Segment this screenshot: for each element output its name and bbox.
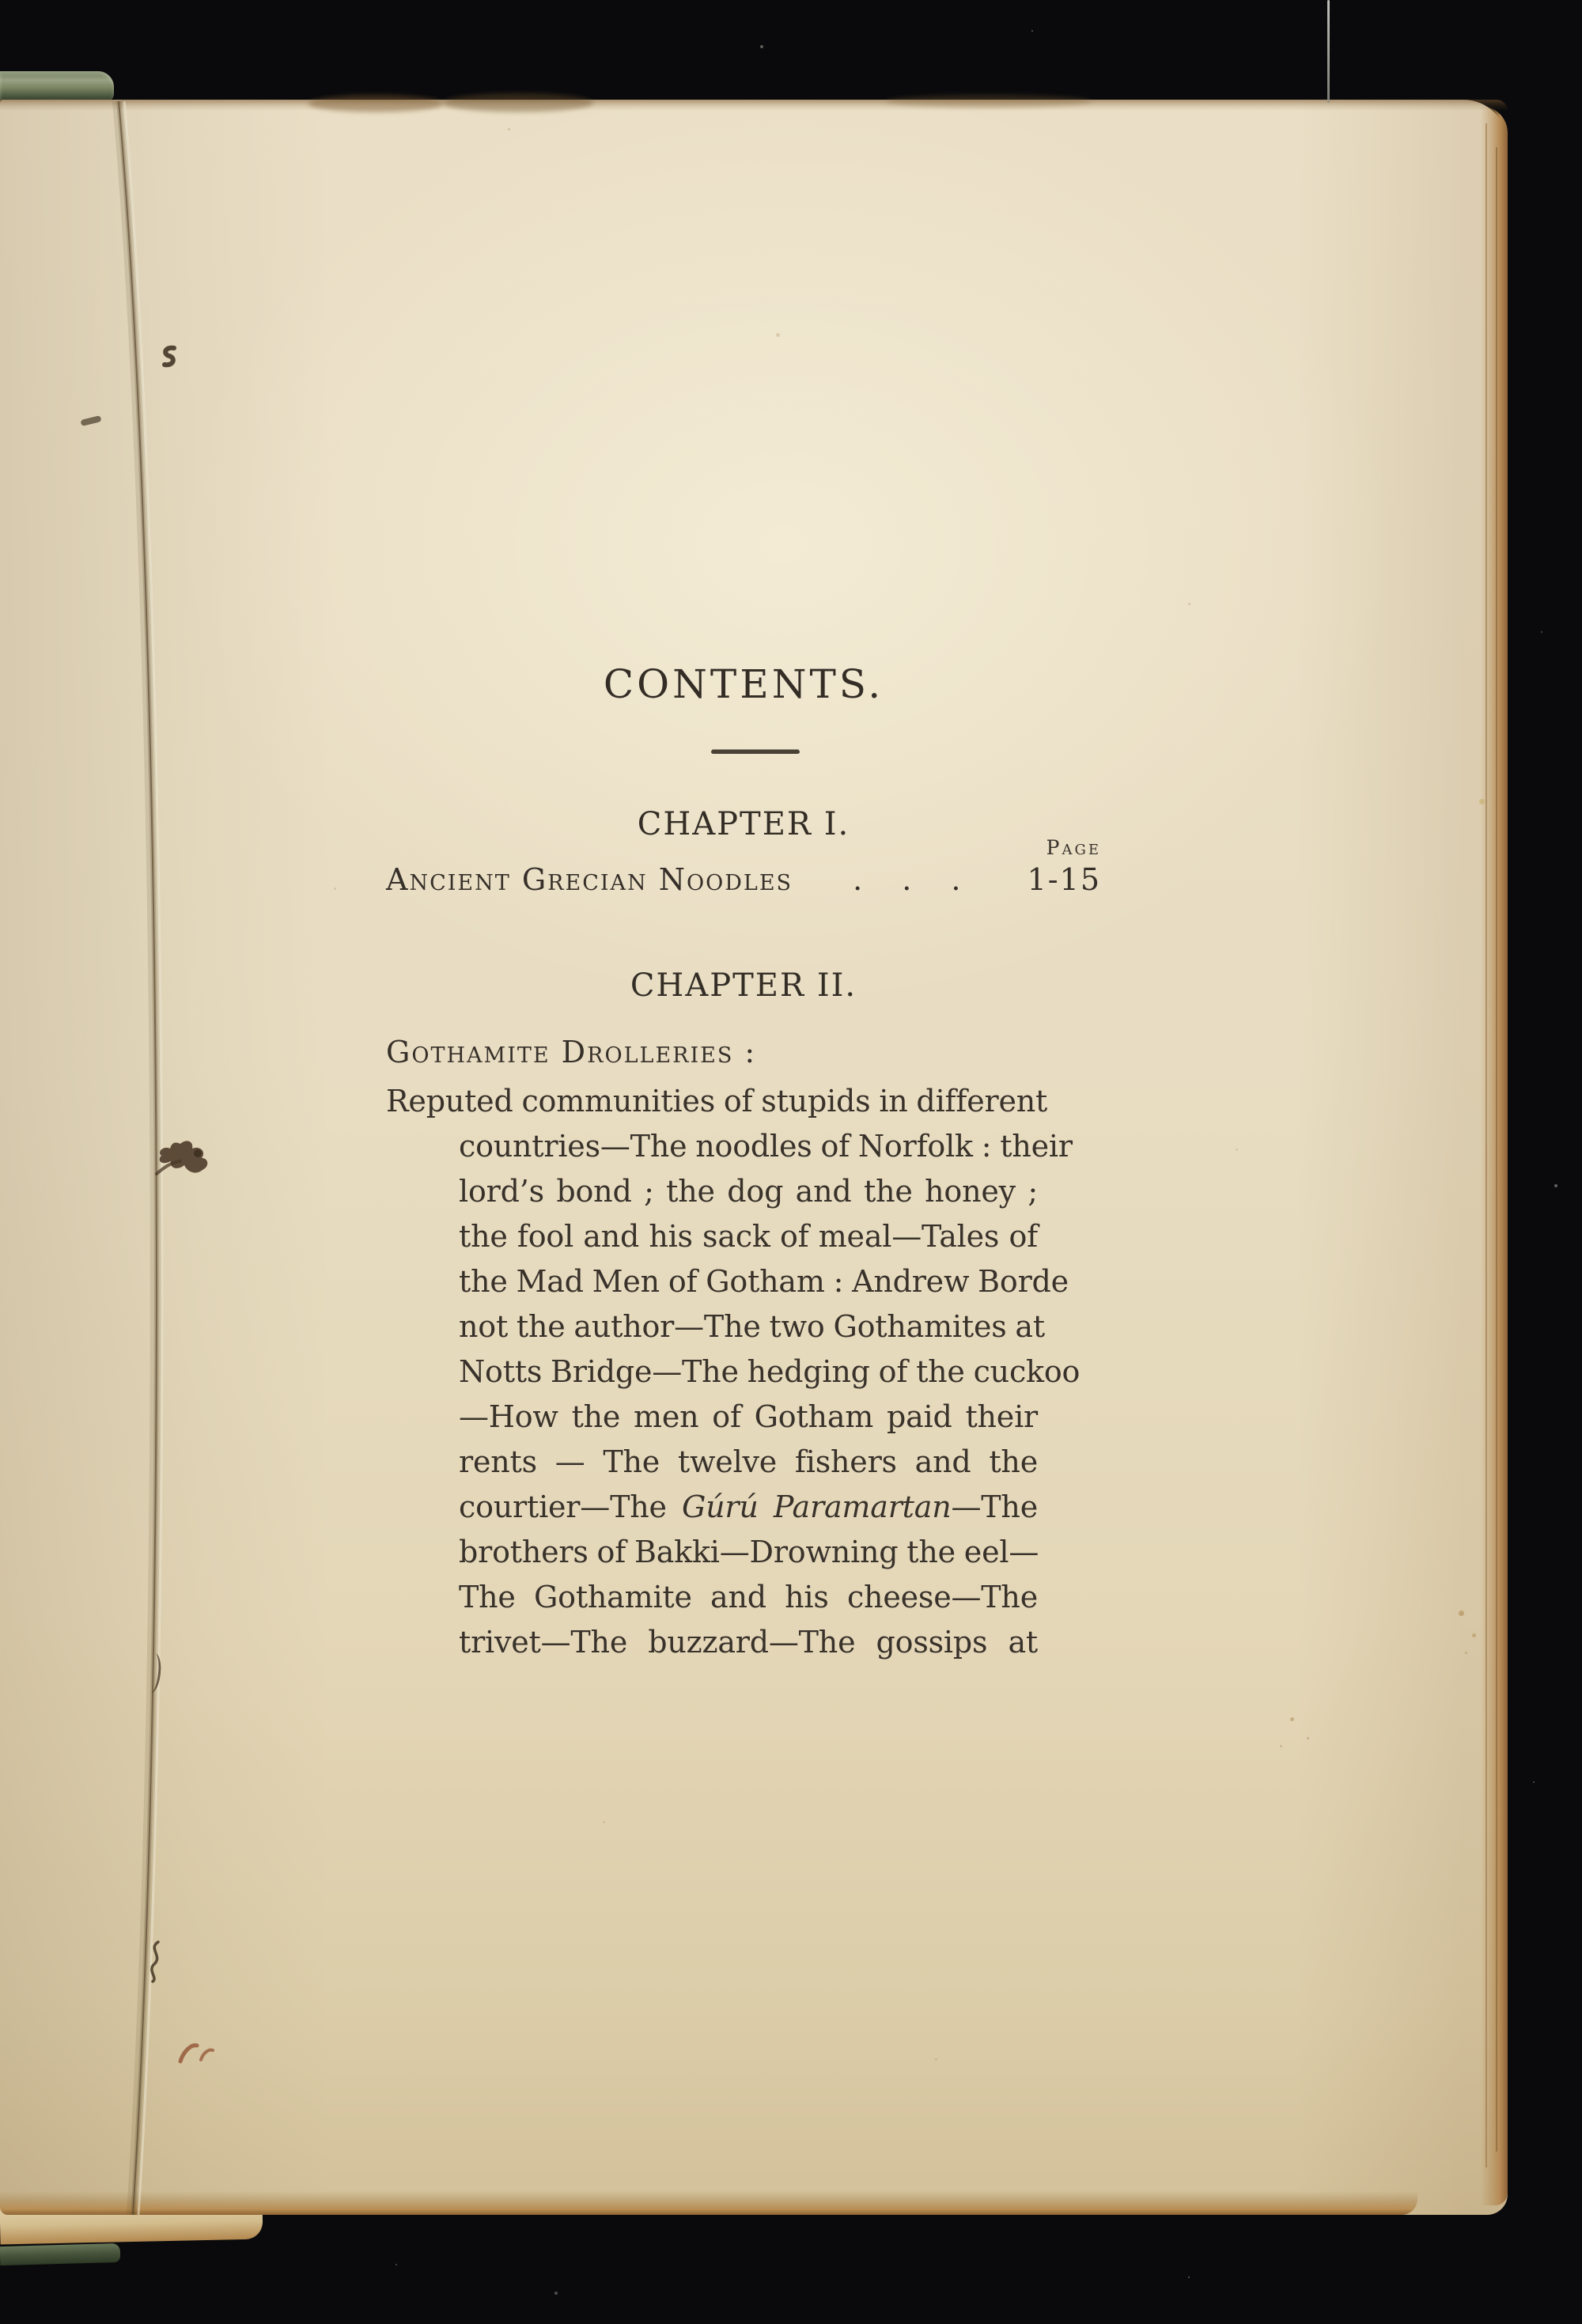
chapter-2-section-label: Gothamite Drolleries : [386,1035,756,1069]
sewing-hole-mark [158,345,180,369]
chapter-2-heading: CHAPTER II. [386,967,1101,1004]
toc-line: The Gothamite and his cheese—The [386,1575,1038,1620]
hanging-thread [1327,0,1330,103]
toc-line: not the author—The two Gothamites at [386,1304,1038,1349]
toc-line: —How the men of Gotham paid their [386,1395,1038,1440]
toc-line: courtier—The Gúrú Paramartan—The [386,1485,1038,1530]
red-smudge-mark [176,2038,217,2069]
ink-blot [153,1136,217,1191]
title-divider-rule [711,750,800,754]
toc-line: trivet—The buzzard—The gossips at [386,1620,1038,1665]
toc-line-italic-segment: Gúrú Paramartan [682,1489,951,1524]
dot-leaders: . . . [793,862,1028,897]
toc-entry-label: Ancient Grecian Noodles [386,862,793,897]
toc-line: the Mad Men of Gotham : Andrew Borde [386,1259,1038,1304]
chapter-2-summary: Reputed communities of stupids in differ… [386,1079,1038,1665]
toc-line: the fool and his sack of meal—Tales of [386,1214,1038,1259]
dot-leader: . [902,862,911,897]
toc-line: Notts Bridge—The hedging of the cuckoo [386,1349,1038,1395]
dot-leader: . [853,862,862,897]
toc-line: rents — The twelve fishers and the [386,1440,1038,1485]
dot-leader: . [951,862,960,897]
toc-line: lord’s bond ; the dog and the honey ; [386,1169,1038,1214]
toc-entry-chapter-1: Ancient Grecian Noodles . . . 1-15 [386,862,1101,897]
toc-line: brothers of Bakki—Drowning the eel— [386,1530,1038,1575]
page-column-label: Page [386,836,1101,859]
toc-entry-pages: 1-15 [1028,862,1101,897]
toc-line: Reputed communities of stupids in differ… [386,1079,1038,1124]
paper-foxing-specks [0,0,2,2]
page-title: CONTENTS. [386,661,1101,707]
photo-stage: CONTENTS. CHAPTER I. Page Ancient Grecia… [0,0,1582,2324]
toc-line-segment: —The [951,1489,1038,1524]
squiggle-mark [146,1940,166,1984]
toc-line-segment: courtier—The [459,1489,682,1524]
toc-line: countries—The noodles of Norfolk : their [386,1124,1038,1169]
